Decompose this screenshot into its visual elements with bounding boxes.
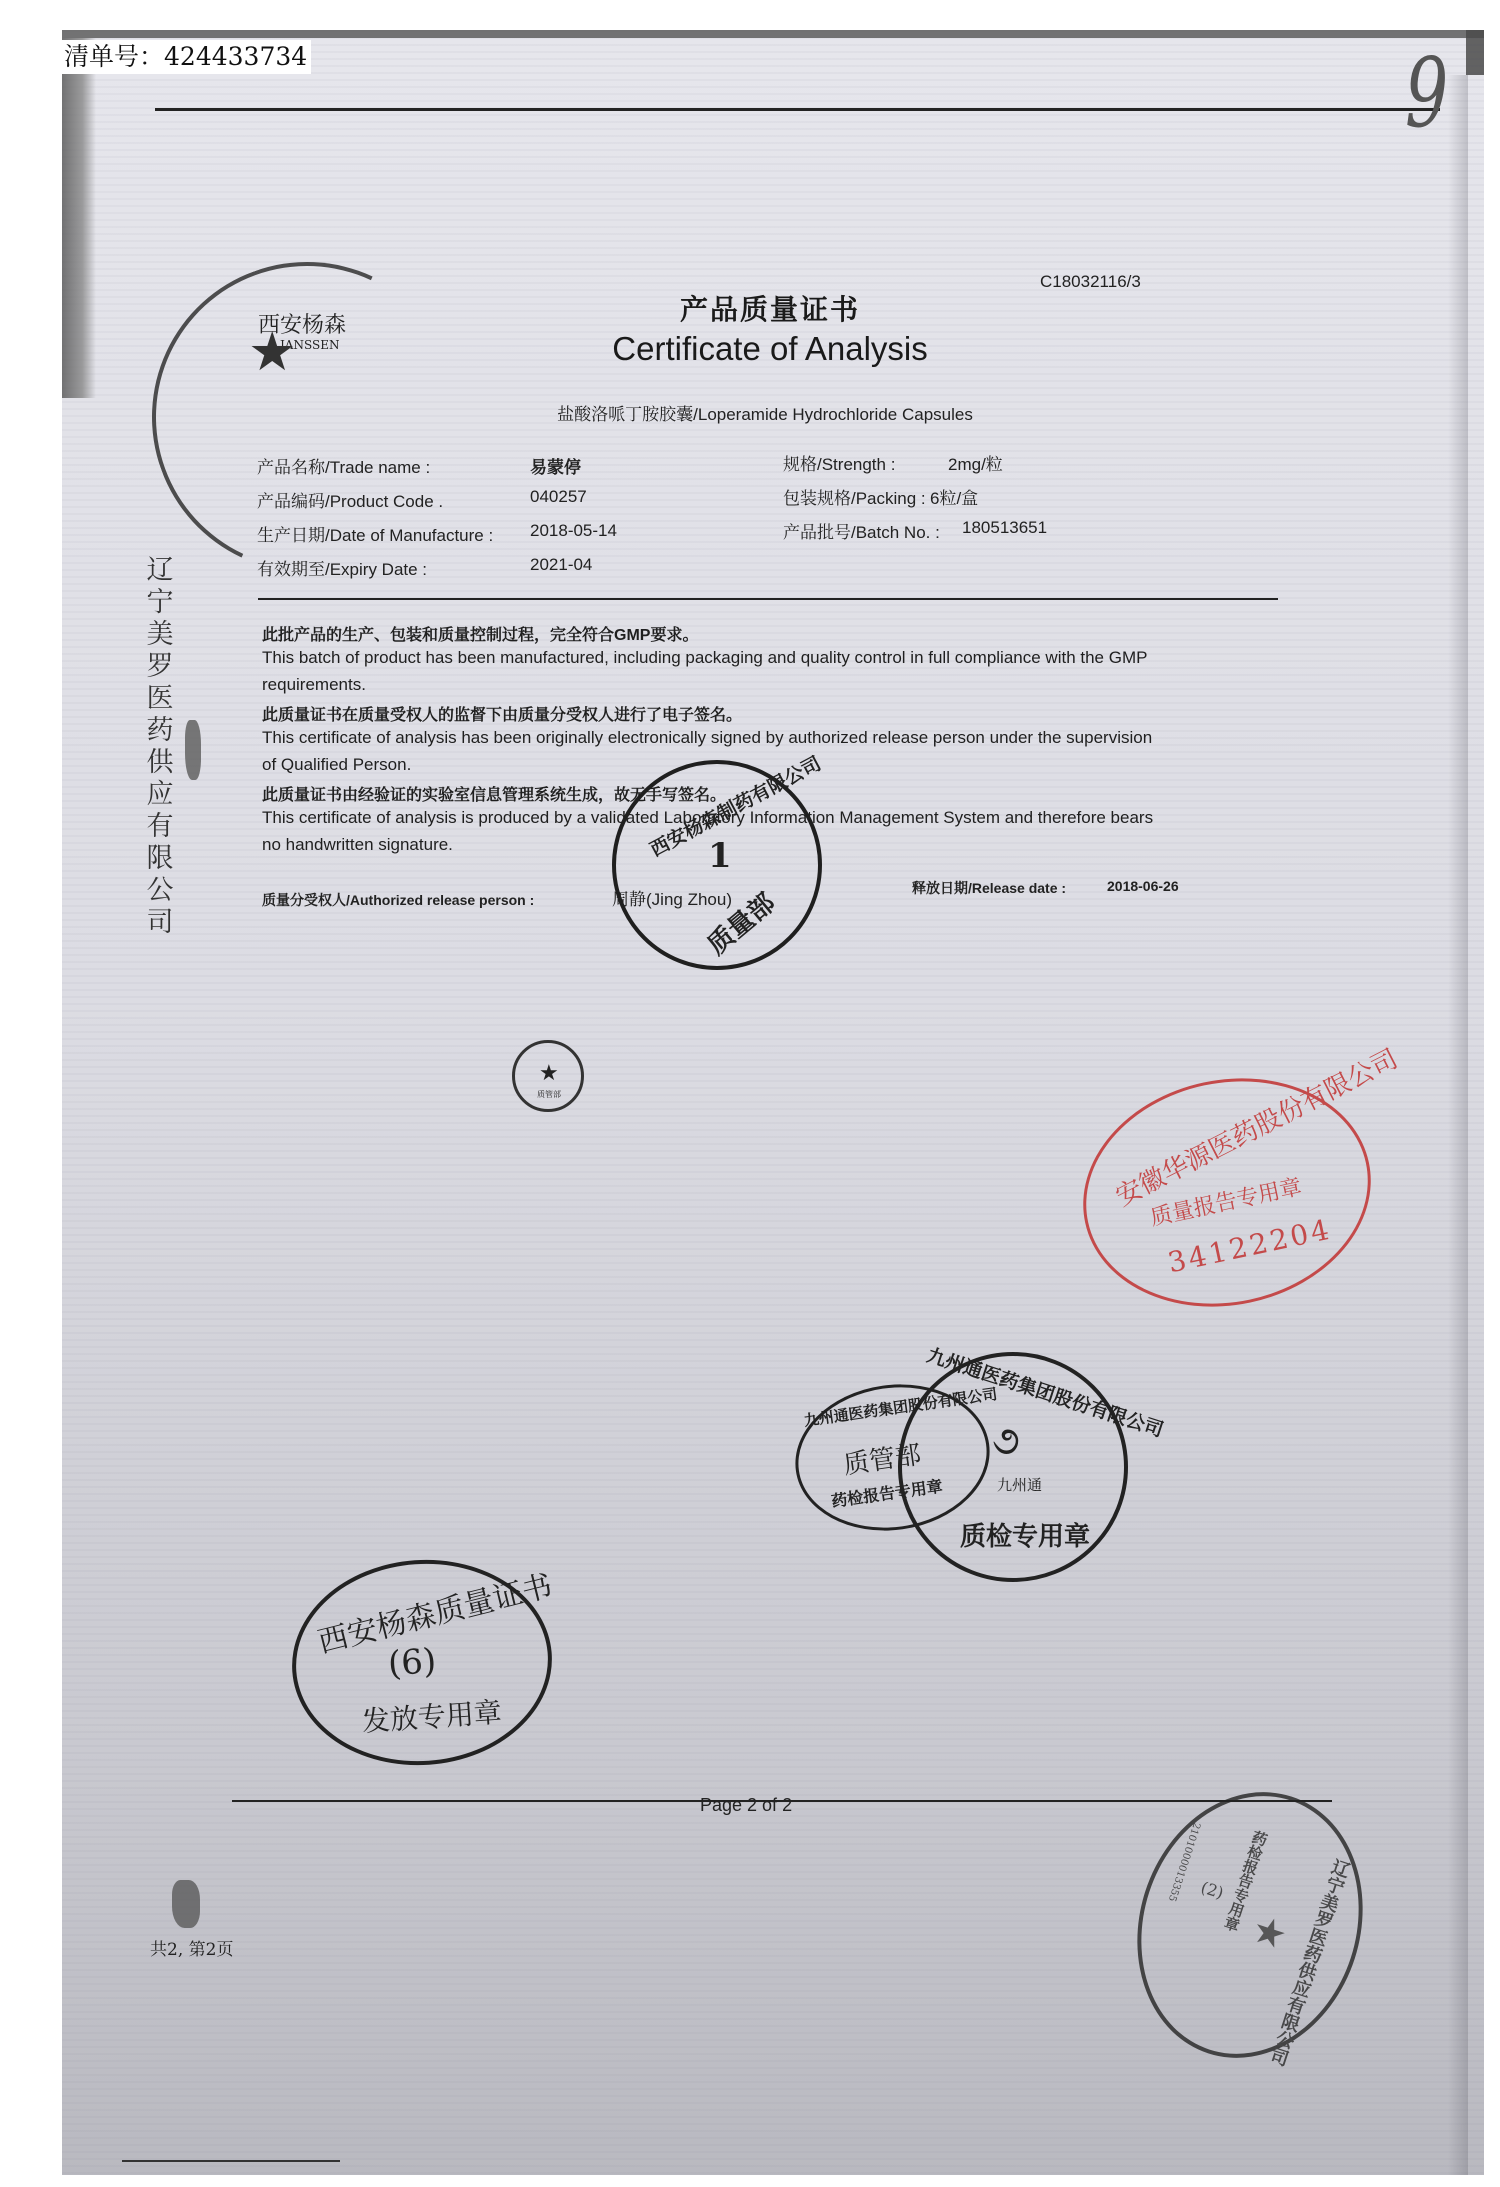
statement-2-en-line-2: of Qualified Person. xyxy=(262,755,411,775)
handwritten-page-mark: 9 xyxy=(1405,39,1448,150)
liaoning-star-icon: ★ xyxy=(1247,1906,1293,1958)
statement-2-cn: 此质量证书在质量受权人的监督下由质量分受权人进行了电子签名。 xyxy=(262,702,742,725)
manufacture-date-value: 2018-05-14 xyxy=(530,521,617,541)
jzt-round-middle-text: 九州通 xyxy=(997,1474,1042,1495)
list-number-label: 清单号： xyxy=(64,42,164,71)
list-number-value: 424433734 xyxy=(164,42,307,71)
stamp-small-round: ★ 质管部 xyxy=(512,1040,584,1112)
trade-name-value: 易蒙停 xyxy=(530,453,581,478)
stamp-qa-bottom-text: 质量部 xyxy=(698,883,782,961)
statement-1-cn: 此批产品的生产、包装和质量控制过程，完全符合GMP要求。 xyxy=(262,622,698,645)
top-rule xyxy=(155,108,1440,111)
small-stamp-star-icon: ★ xyxy=(539,1061,559,1086)
jzt-round-bottom-text: 质检专用章 xyxy=(960,1516,1090,1553)
expiry-date-value: 2021-04 xyxy=(530,555,592,575)
footer-ink-blot xyxy=(172,1880,200,1928)
jzt-round-logo-icon: ૭ xyxy=(992,1418,1020,1464)
scan-edge-top xyxy=(62,30,1484,38)
packing-value: 6粒/盒 xyxy=(930,484,978,509)
strength-label: 规格/Strength : xyxy=(783,450,895,475)
release-date-label: 释放日期/Release date : xyxy=(912,878,1066,898)
fields-rule xyxy=(258,598,1278,600)
release-stamp-bottom-text: 发放专用章 xyxy=(360,1691,502,1741)
page-indicator-cn: 共2, 第2页 xyxy=(150,1935,233,1960)
janssen-star-icon: ★ xyxy=(248,320,296,383)
stamp-quality-department: 西安杨森制药有限公司 1 质量部 xyxy=(612,760,822,970)
stamp-qa-number: 1 xyxy=(708,836,732,876)
batch-no-value: 180513651 xyxy=(962,518,1047,538)
release-date-value: 2018-06-26 xyxy=(1107,878,1179,894)
product-code-value: 040257 xyxy=(530,487,587,507)
release-person-label: 质量分受权人/Authorized release person : xyxy=(262,890,534,910)
release-stamp-number: (6) xyxy=(387,1641,438,1684)
stamp-jzt-quality-check: 九州通医药集团股份有限公司 ૭ 九州通 质检专用章 xyxy=(898,1352,1128,1582)
statement-1-en-line-2: requirements. xyxy=(262,675,366,695)
vertical-company-name: 辽宁美罗医药供应有限公司 xyxy=(145,555,175,939)
liaoning-stamp-number: (2) xyxy=(1199,1878,1226,1903)
small-stamp-bottom-text: 质管部 xyxy=(537,1089,561,1100)
page-indicator: Page 2 of 2 xyxy=(700,1795,792,1816)
strength-value: 2mg/粒 xyxy=(948,450,1003,475)
list-number: 清单号：424433734 xyxy=(60,40,311,74)
statement-2-en-line-1: This certificate of analysis has been or… xyxy=(262,728,1152,748)
packing-label: 包装规格/Packing : xyxy=(783,484,926,509)
scan-shadow xyxy=(1448,75,1468,2175)
statement-3-en-line-2: no handwritten signature. xyxy=(262,835,453,855)
statement-1-en-line-1: This batch of product has been manufactu… xyxy=(262,648,1147,668)
scan-edge-right xyxy=(1466,30,1484,75)
bottom-scan-line xyxy=(122,2160,340,2162)
ink-blot xyxy=(185,720,201,780)
batch-no-label: 产品批号/Batch No. : xyxy=(783,518,940,543)
